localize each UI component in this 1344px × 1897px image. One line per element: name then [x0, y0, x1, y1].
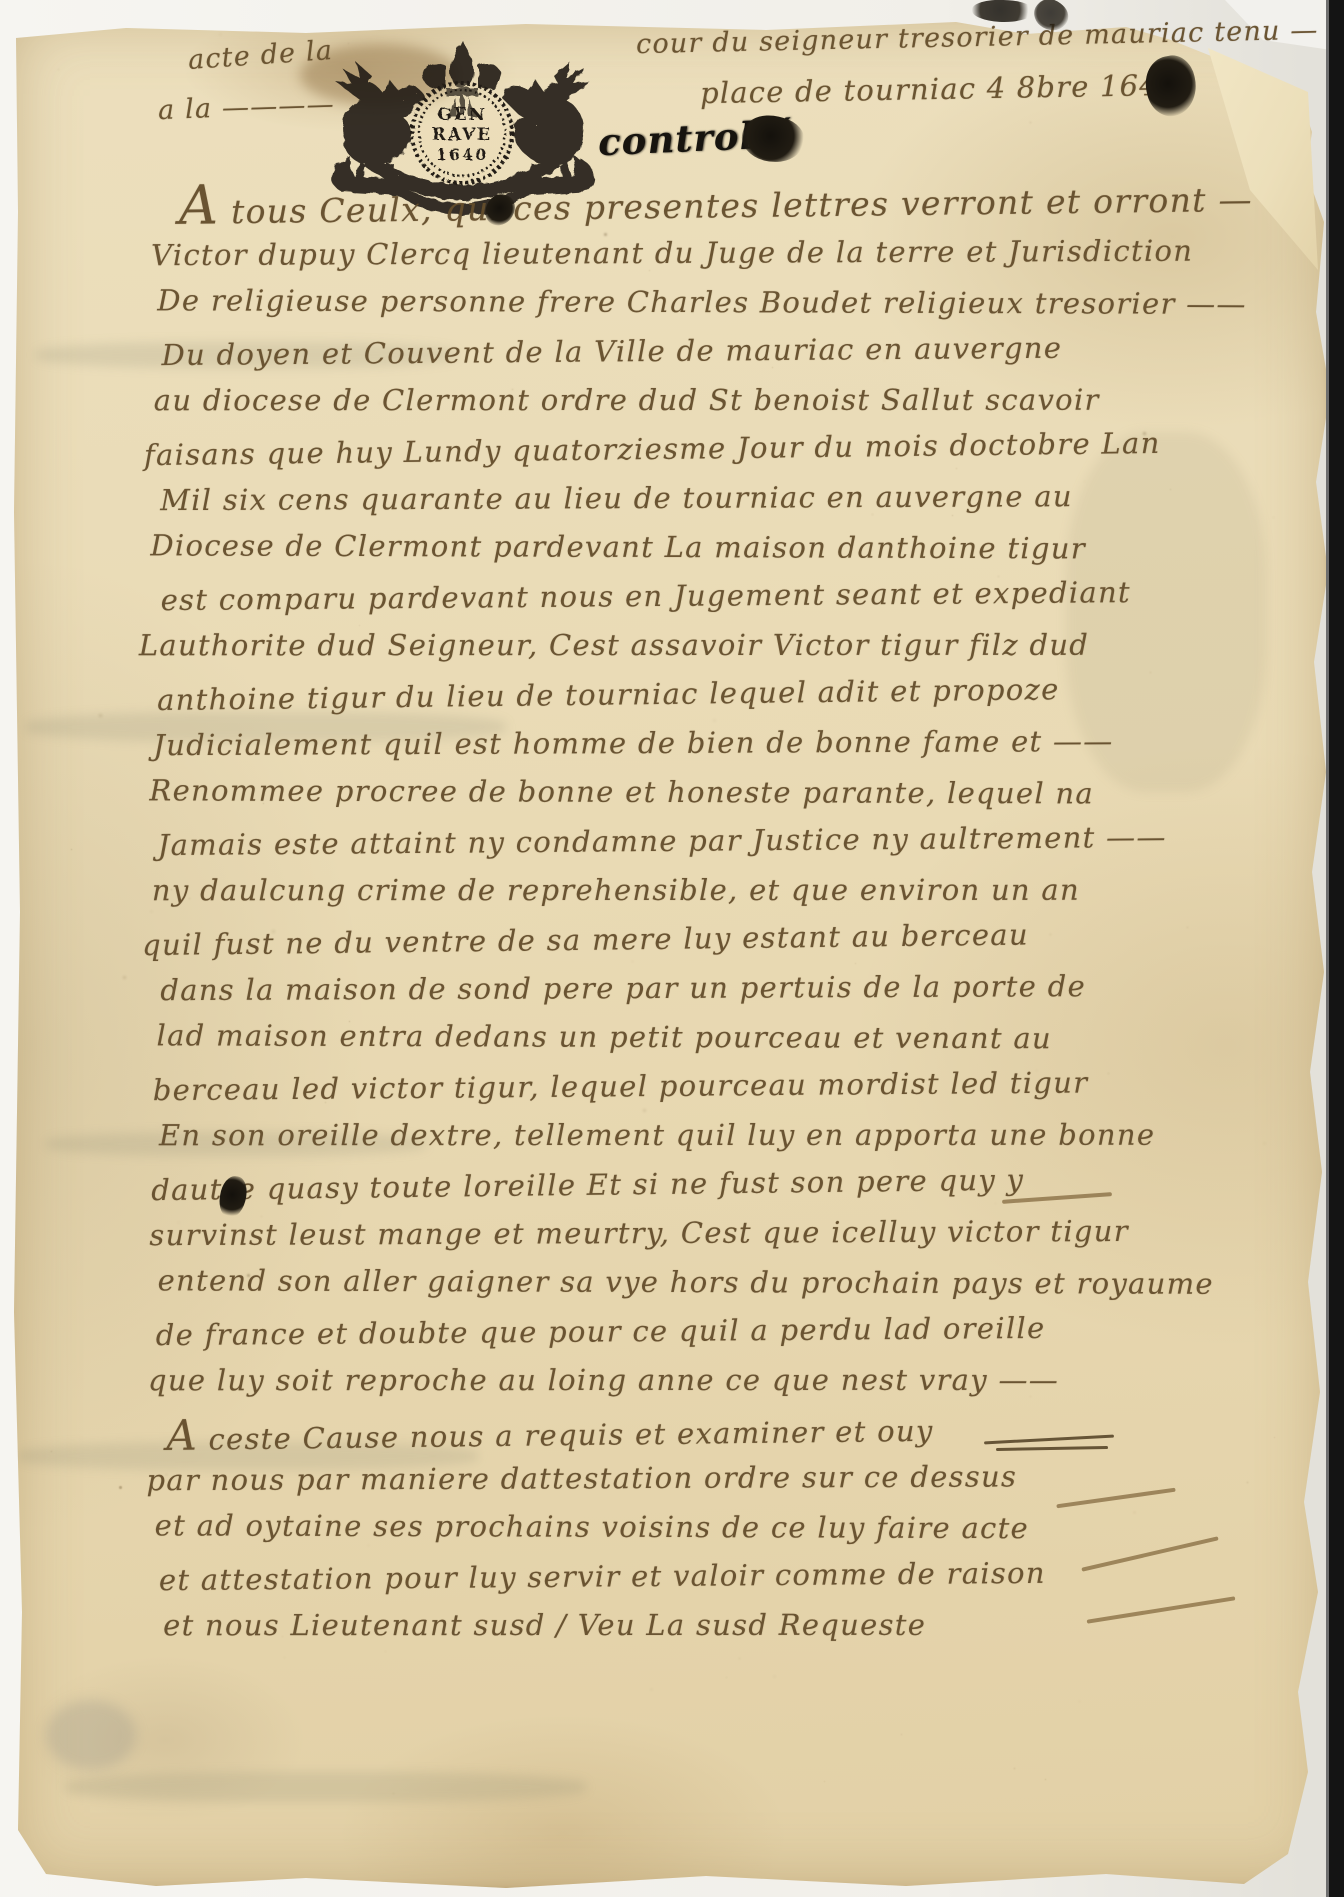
medallion-text-3: 1640	[436, 145, 489, 164]
manuscript-line: Lauthorite dud Seigneur, Cest assavoir V…	[139, 621, 1161, 671]
manuscript-line: dautre quasy toute loreille Et si ne fus…	[151, 1154, 1164, 1215]
manuscript-line: survinst leust mange et meurtry, Cest qu…	[149, 1207, 1163, 1260]
scanned-document: acte de la a la ———— cour du seigneur tr…	[0, 0, 1344, 1897]
manuscript-line: de france et doubte que pour ce quil a p…	[156, 1303, 1164, 1360]
manuscript-body: A tous Ceulx, qui ces presentes lettres …	[149, 178, 1165, 1652]
manuscript-line: quil fust ne du ventre de sa mere luy es…	[142, 909, 1163, 970]
manuscript-line: par nous par maniere dattestation ordre …	[146, 1452, 1164, 1505]
verso-showthrough	[66, 1772, 586, 1802]
manuscript-line: au diocese de Clermont ordre dud St beno…	[154, 376, 1160, 426]
manuscript-line: ny daulcung crime de reprehensible, et q…	[152, 866, 1162, 916]
manuscript-line: est comparu pardevant nous en Jugement s…	[160, 568, 1160, 625]
paper-speckles	[6, 12, 7, 13]
stamp-medallion: GEN RAVE 1640	[412, 83, 512, 183]
scanner-edge	[1326, 0, 1344, 1897]
manuscript-line: Renommee procree de bonne et honeste par…	[149, 766, 1161, 818]
manuscript-line: A tous Ceulx, qui ces presentes lettres …	[179, 174, 1160, 235]
paper-stain	[46, 1700, 136, 1770]
manuscript-line: Judicialement quil est homme de bien de …	[153, 717, 1161, 770]
manuscript-line: En son oreille dextre, tellement quil lu…	[159, 1111, 1163, 1161]
manuscript-line: dans la maison de sond pere par un pertu…	[160, 962, 1162, 1015]
manuscript-line: Mil six cens quarante au lieu de tournia…	[160, 472, 1160, 525]
manuscript-line: lad maison entra dedans un petit pourcea…	[156, 1011, 1162, 1063]
medallion-text-2: RAVE	[432, 125, 492, 145]
manuscript-line: et attestation pour luy servir et valoir…	[159, 1548, 1165, 1605]
manuscript-line: Du doyen et Couvent de la Ville de mauri…	[161, 323, 1159, 380]
manuscript-line: A ceste Cause nous a requis et examiner …	[166, 1399, 1165, 1460]
manuscript-line: berceau led victor tigur, lequel pourcea…	[153, 1058, 1163, 1115]
manuscript-line: Jamais este attaint ny condamne par Just…	[157, 813, 1161, 870]
medallion-text-1: GEN	[437, 105, 486, 125]
manuscript-line: De religieuse personne frere Charles Bou…	[157, 276, 1159, 328]
manuscript-line: entend son aller gaigner sa vye hors du …	[158, 1256, 1164, 1308]
manuscript-line: Victor dupuy Clercq lieutenant du Juge d…	[151, 227, 1159, 280]
manuscript-line: faisans que huy Lundy quatorziesme Jour …	[144, 419, 1161, 480]
manuscript-line: et nous Lieutenant susd / Veu La susd Re…	[163, 1601, 1165, 1651]
manuscript-line: Diocese de Clermont pardevant La maison …	[150, 521, 1160, 573]
manuscript-line: anthoine tigur du lieu de tourniac leque…	[157, 664, 1162, 725]
manuscript-line: et ad oytaine ses prochains voisins de c…	[155, 1501, 1165, 1553]
manuscript-line: que luy soit reproche au loing anne ce q…	[148, 1356, 1164, 1406]
